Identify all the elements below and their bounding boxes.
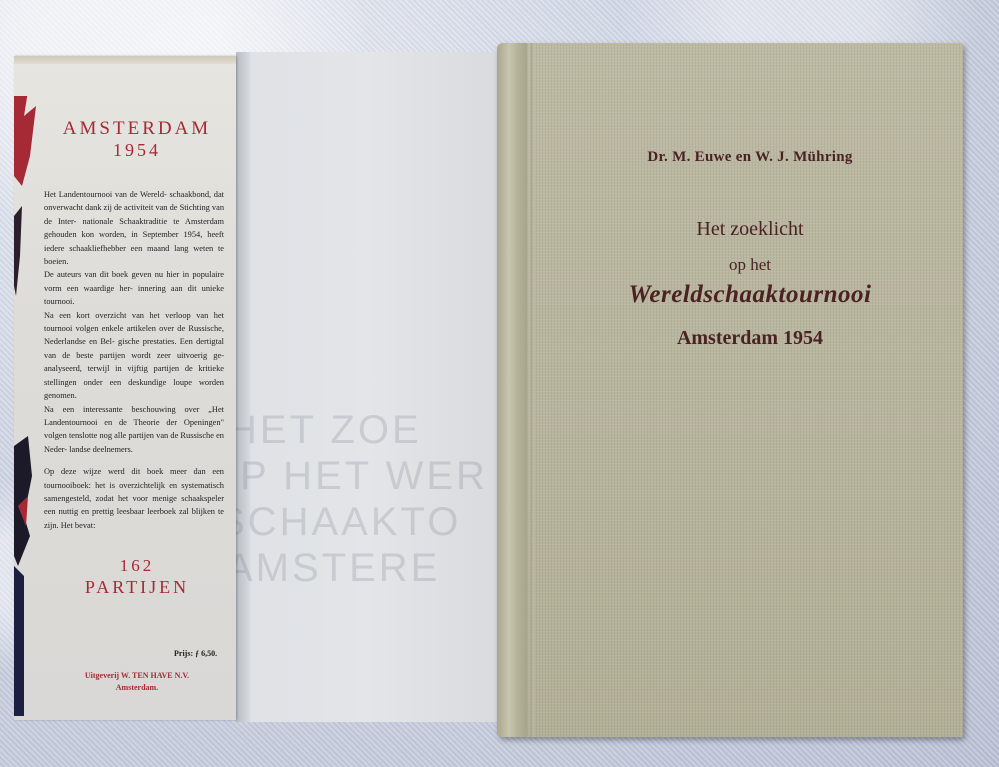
- faded-line: SCHAAKTO: [236, 499, 488, 545]
- game-count: 162: [38, 556, 236, 576]
- jacket-front-panel: HET ZOE OP HET WER SCHAAKTO AMSTERE: [236, 52, 504, 722]
- hardcover-book: Dr. M. Euwe en W. J. Mühring Het zoeklic…: [497, 43, 963, 737]
- spine-hinge: [531, 43, 534, 737]
- faded-line: OP HET WER: [236, 453, 476, 499]
- book-title-line: Amsterdam 1954: [537, 327, 963, 350]
- book-title-line: Het zoeklicht: [537, 218, 963, 241]
- publisher-name: Uitgeverij W. TEN HAVE N.V.: [38, 670, 236, 682]
- book-authors: Dr. M. Euwe en W. J. Mühring: [537, 149, 963, 166]
- book-title-main: Wereldschaaktournooi: [537, 281, 963, 309]
- faded-line: AMSTERE: [236, 545, 496, 591]
- faded-line: HET ZOE: [236, 407, 498, 453]
- dust-jacket: HET ZOE OP HET WER SCHAAKTO AMSTERE AMST…: [14, 52, 504, 722]
- flap-title: AMSTERDAM: [38, 118, 236, 140]
- blurb-paragraph: De auteurs van dit boek geven nu hier in…: [44, 268, 224, 308]
- blurb-paragraph: Het Landentournooi van de Wereld- schaak…: [44, 188, 224, 268]
- publisher: Uitgeverij W. TEN HAVE N.V. Amsterdam.: [38, 670, 236, 694]
- flap-year: 1954: [38, 140, 236, 161]
- jacket-faded-title: HET ZOE OP HET WER SCHAAKTO AMSTERE: [236, 407, 506, 591]
- flap-top-edge: [14, 56, 236, 64]
- brush-artwork-icon: [14, 96, 38, 716]
- book-spine: [497, 43, 527, 737]
- flap-blurb: Het Landentournooi van de Wereld- schaak…: [44, 188, 224, 532]
- blurb-paragraph: Na een interessante beschouwing over „He…: [44, 403, 224, 457]
- game-count-label: PARTIJEN: [38, 577, 236, 598]
- blurb-paragraph: Na een kort overzicht van het verloop va…: [44, 309, 224, 403]
- publisher-city: Amsterdam.: [38, 682, 236, 694]
- jacket-flap: AMSTERDAM 1954 Het Landentournooi van de…: [14, 56, 236, 720]
- blurb-paragraph: Op deze wijze werd dit boek meer dan een…: [44, 465, 224, 532]
- book-title-line: op het: [537, 255, 963, 275]
- price-label: Prijs: ƒ 6,50.: [174, 649, 217, 658]
- jacket-fold: [236, 52, 250, 722]
